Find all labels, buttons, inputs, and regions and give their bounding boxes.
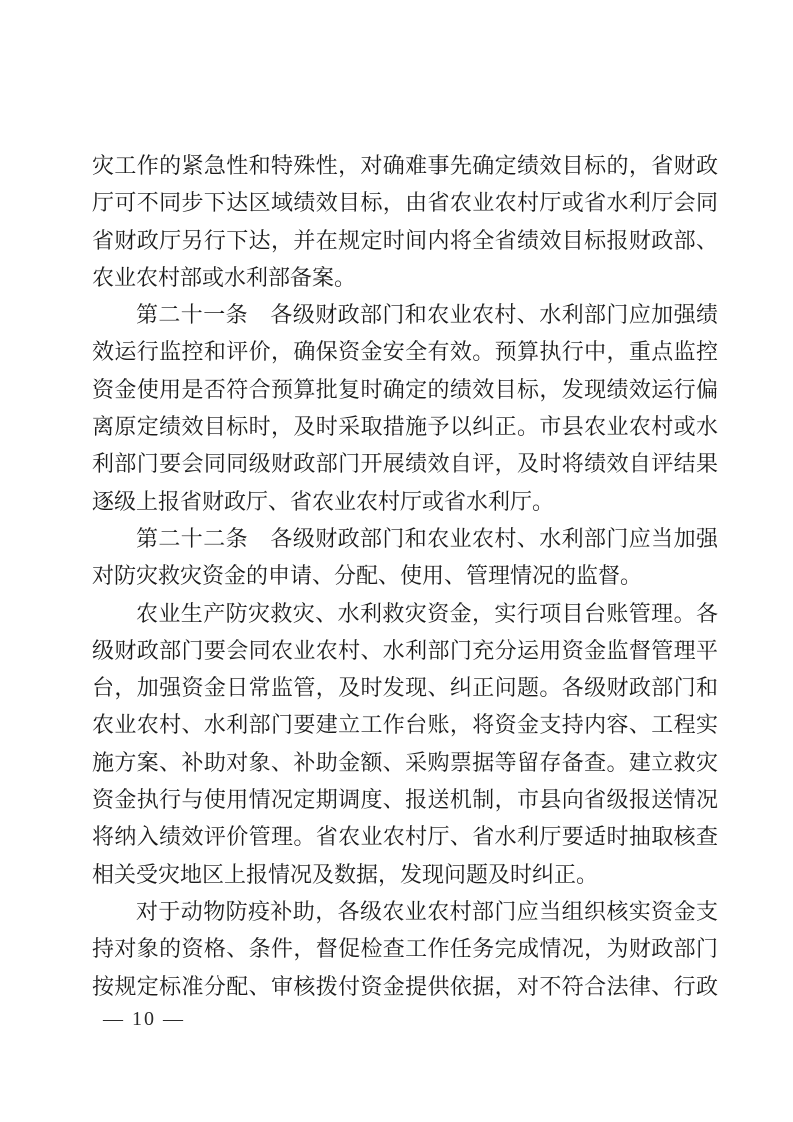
text-line: 将纳入绩效评价管理。省农业农村厅、省水利厅要适时抽取核查 xyxy=(92,818,718,855)
text-line: 持对象的资格、条件，督促检查工作任务完成情况，为财政部门 xyxy=(92,930,718,967)
text-line: 离原定绩效目标时，及时采取措施予以纠正。市县农业农村或水 xyxy=(92,408,718,445)
text-line: 按规定标准分配、审核拨付资金提供依据，对不符合法律、行政 xyxy=(92,968,718,1005)
text-line: 相关受灾地区上报情况及数据，发现问题及时纠正。 xyxy=(92,856,718,893)
text-line: 第二十二条 各级财政部门和农业农村、水利部门应当加强 xyxy=(92,520,718,557)
document-page: 灾工作的紧急性和特殊性，对确难事先确定绩效目标的，省财政厅可不同步下达区域绩效目… xyxy=(0,0,793,1122)
text-content: 灾工作的紧急性和特殊性，对确难事先确定绩效目标的，省财政厅可不同步下达区域绩效目… xyxy=(92,147,718,1005)
text-line: 厅可不同步下达区域绩效目标，由省农业农村厅或省水利厅会同 xyxy=(92,184,718,221)
text-line: 逐级上报省财政厅、省农业农村厅或省水利厅。 xyxy=(92,483,718,520)
text-line: 效运行监控和评价，确保资金安全有效。预算执行中，重点监控 xyxy=(92,333,718,370)
text-line: 农业农村部或水利部备案。 xyxy=(92,259,718,296)
page-number: — 10 — xyxy=(103,1008,185,1031)
text-line: 对于动物防疫补助，各级农业农村部门应当组织核实资金支 xyxy=(92,893,718,930)
text-line: 灾工作的紧急性和特殊性，对确难事先确定绩效目标的，省财政 xyxy=(92,147,718,184)
text-line: 资金使用是否符合预算批复时确定的绩效目标，发现绩效运行偏 xyxy=(92,371,718,408)
text-line: 省财政厅另行下达，并在规定时间内将全省绩效目标报财政部、 xyxy=(92,222,718,259)
text-line: 第二十一条 各级财政部门和农业农村、水利部门应加强绩 xyxy=(92,296,718,333)
text-line: 农业农村、水利部门要建立工作台账，将资金支持内容、工程实 xyxy=(92,706,718,743)
text-line: 施方案、补助对象、补助金额、采购票据等留存备查。建立救灾 xyxy=(92,744,718,781)
text-line: 资金执行与使用情况定期调度、报送机制，市县向省级报送情况 xyxy=(92,781,718,818)
text-line: 对防灾救灾资金的申请、分配、使用、管理情况的监督。 xyxy=(92,557,718,594)
text-line: 农业生产防灾救灾、水利救灾资金，实行项目台账管理。各 xyxy=(92,595,718,632)
text-line: 级财政部门要会同农业农村、水利部门充分运用资金监督管理平 xyxy=(92,632,718,669)
text-line: 利部门要会同同级财政部门开展绩效自评，及时将绩效自评结果 xyxy=(92,445,718,482)
text-line: 台，加强资金日常监管，及时发现、纠正问题。各级财政部门和 xyxy=(92,669,718,706)
